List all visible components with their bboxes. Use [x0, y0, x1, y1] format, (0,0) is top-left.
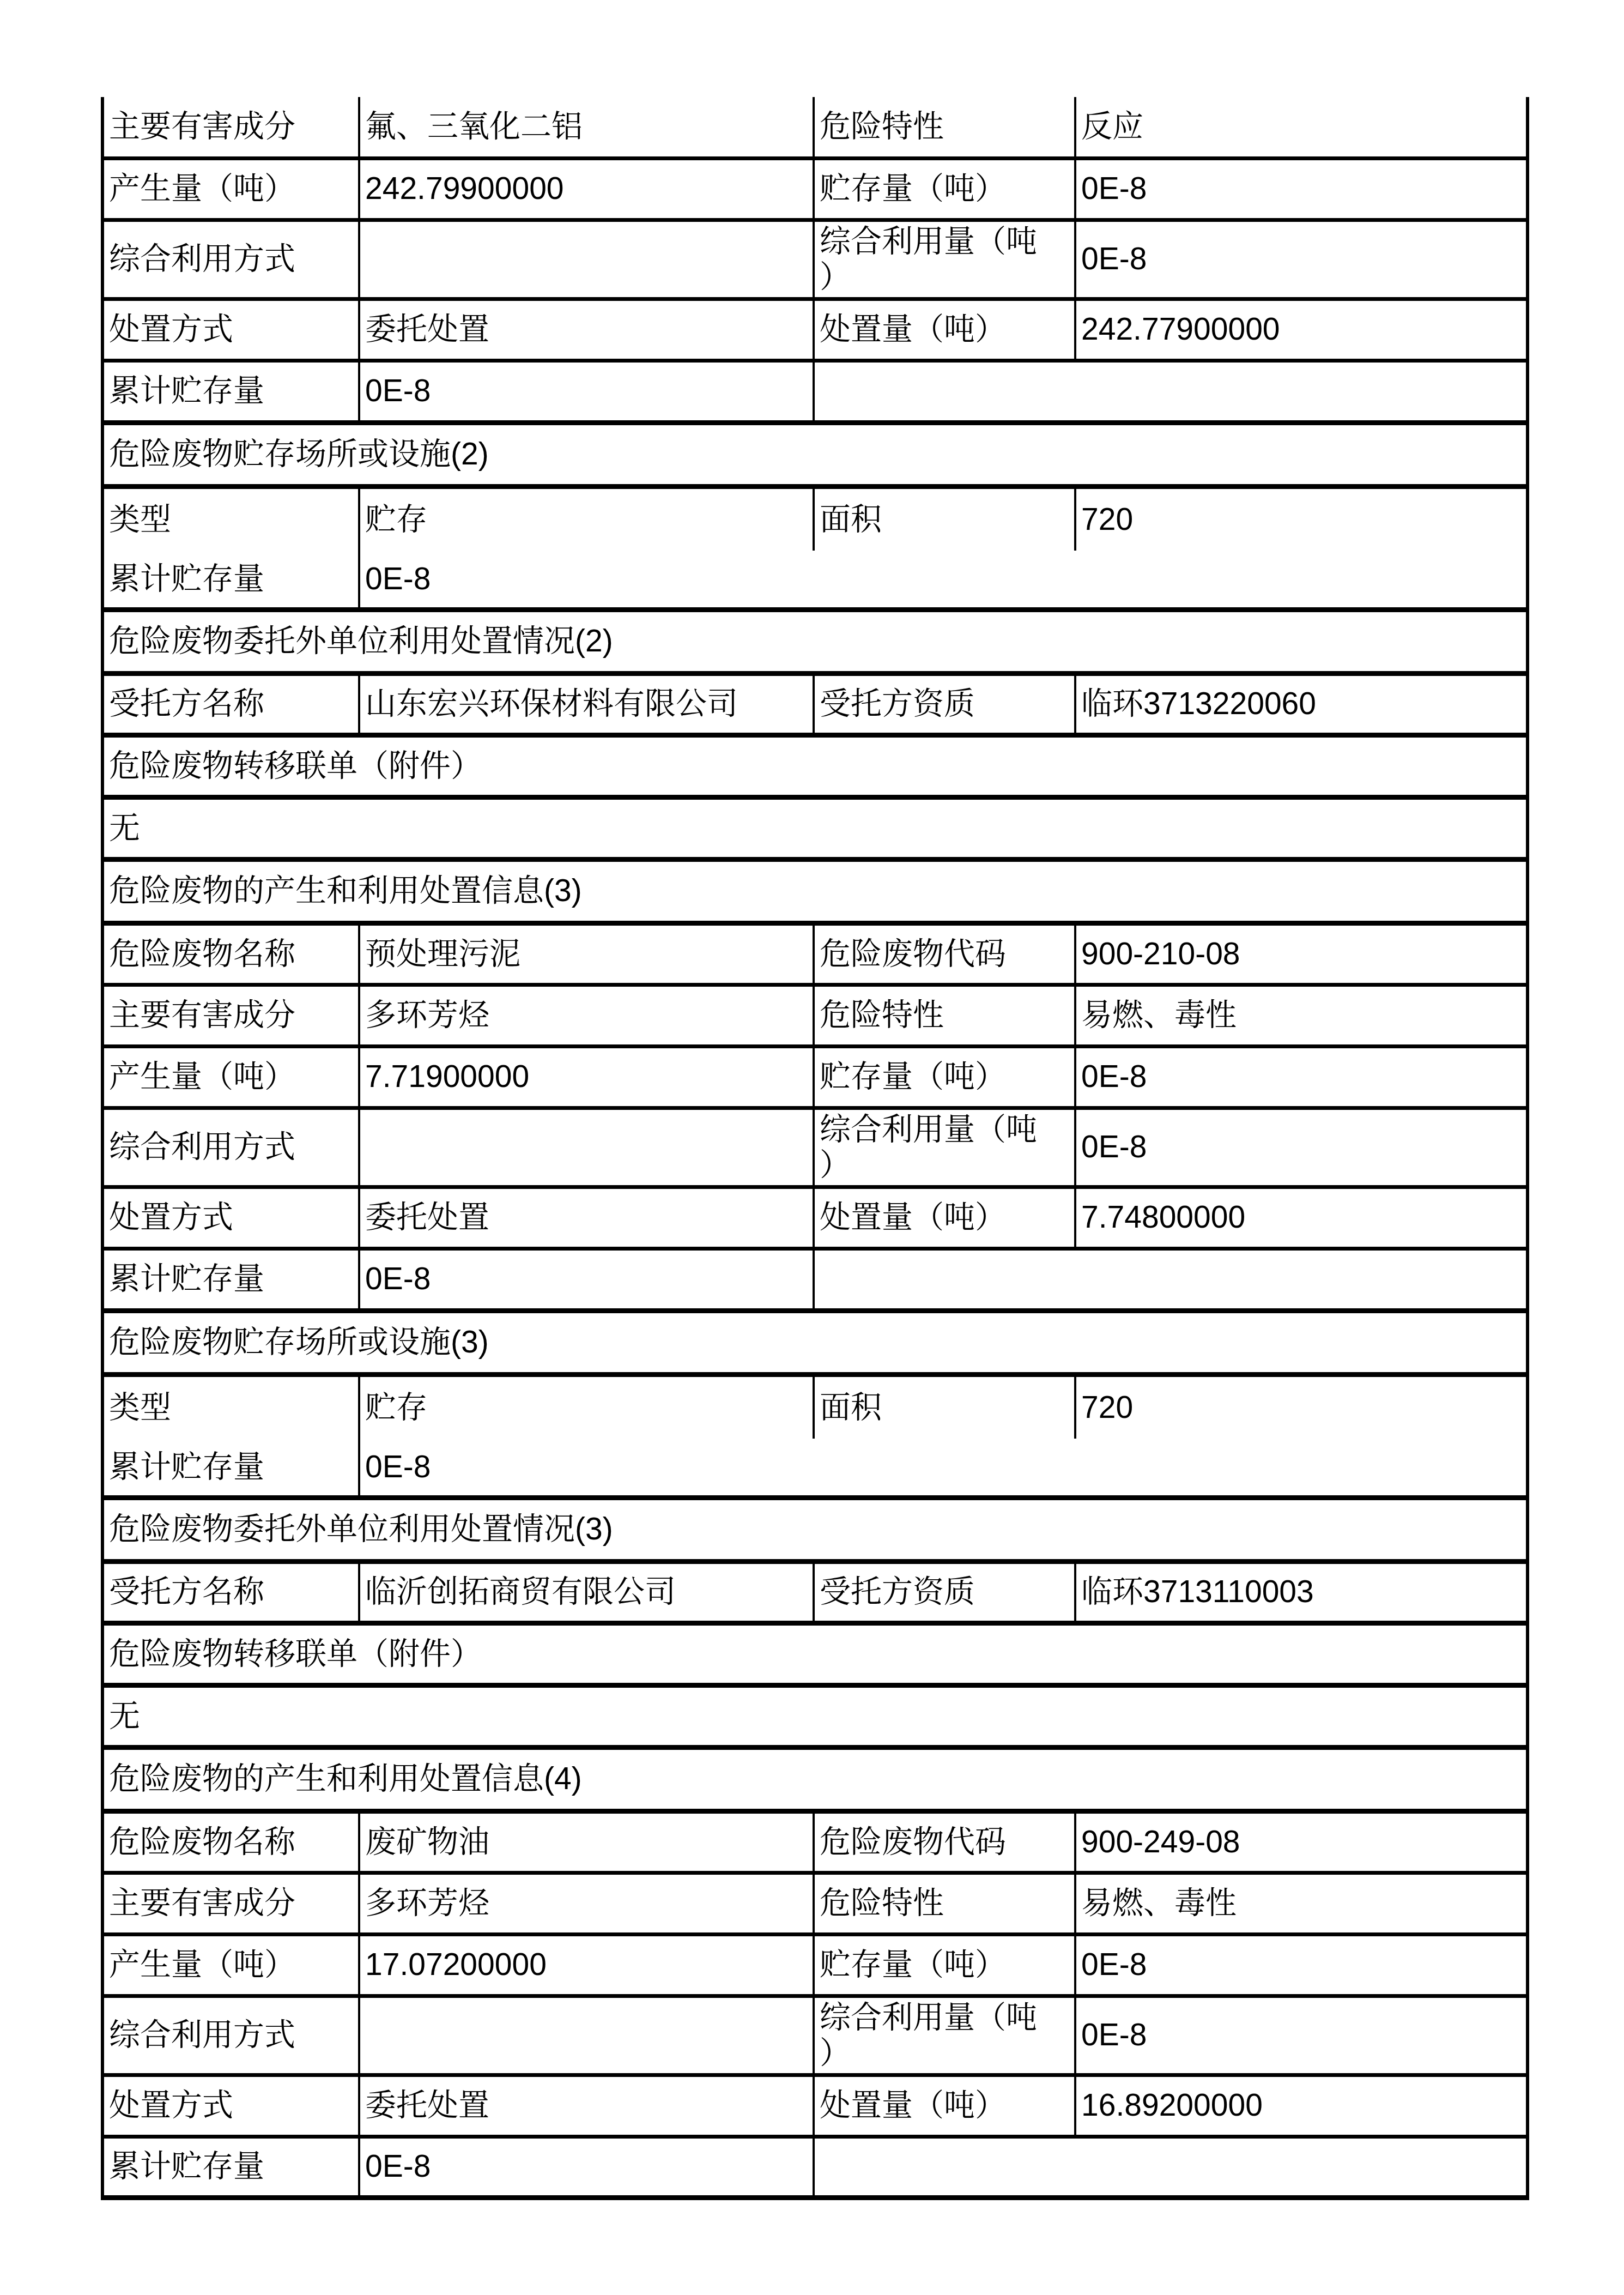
field-value-cell: 贮存 [359, 1374, 814, 1439]
field-value-cell: 900-249-08 [1075, 1811, 1528, 1873]
empty-cell [814, 360, 1528, 422]
table-row: 产生量（吨） 17.07200000 贮存量（吨） 0E-8 [102, 1934, 1528, 1996]
field-value-cell: 委托处置 [359, 1187, 814, 1248]
field-label-cell: 累计贮存量 [102, 551, 359, 609]
table-row: 主要有害成分 氟、三氧化二铝 危险特性 反应 [102, 97, 1528, 158]
field-label-cell: 危险特性 [814, 97, 1075, 158]
field-value-cell: 242.79900000 [359, 158, 814, 220]
table-row: 类型 贮存 面积 720 [102, 1374, 1528, 1439]
field-label-cell: 贮存量（吨） [814, 1934, 1075, 1996]
field-value-cell: 临沂创拓商贸有限公司 [359, 1561, 814, 1623]
empty-cell [814, 1248, 1528, 1310]
field-value-cell: 多环芳烃 [359, 985, 814, 1046]
table-row: 产生量（吨） 7.71900000 贮存量（吨） 0E-8 [102, 1046, 1528, 1108]
section-header-cell: 危险废物贮存场所或设施(3) [102, 1310, 1528, 1374]
field-label-cell: 处置量（吨） [814, 2075, 1075, 2136]
field-value-cell: 900-210-08 [1075, 923, 1528, 985]
table-row: 类型 贮存 面积 720 [102, 486, 1528, 551]
field-label-cell: 危险废物名称 [102, 923, 359, 985]
table-row: 累计贮存量 0E-8 [102, 360, 1528, 422]
section-header-cell: 危险废物转移联单（附件） [102, 735, 1528, 797]
field-label-cell: 产生量（吨） [102, 1934, 359, 1996]
field-label-cell: 产生量（吨） [102, 158, 359, 220]
table-row: 综合利用方式 综合利用量（吨 ） 0E-8 [102, 1108, 1528, 1187]
section-header-row: 危险废物的产生和利用处置信息(4) [102, 1747, 1528, 1811]
field-value-cell: 0E-8 [1075, 1934, 1528, 1996]
table-row: 危险废物名称 预处理污泥 危险废物代码 900-210-08 [102, 923, 1528, 985]
field-value-cell: 16.89200000 [1075, 2075, 1528, 2136]
field-value-cell: 临环3713220060 [1075, 673, 1528, 735]
field-label-cell: 危险废物代码 [814, 923, 1075, 985]
field-value-cell: 7.74800000 [1075, 1187, 1528, 1248]
empty-cell [814, 551, 1528, 609]
field-value-cell [359, 1996, 814, 2075]
field-value-cell: 242.77900000 [1075, 299, 1528, 360]
section-header-row: 无 [102, 1685, 1528, 1747]
section-header-cell: 危险废物的产生和利用处置信息(3) [102, 859, 1528, 923]
section-header-cell: 无 [102, 797, 1528, 859]
document-page: 主要有害成分 氟、三氧化二铝 危险特性 反应 产生量（吨） 242.799000… [0, 0, 1624, 2295]
field-value-cell: 0E-8 [1075, 220, 1528, 299]
field-value-cell: 临环3713110003 [1075, 1561, 1528, 1623]
field-label-cell: 类型 [102, 486, 359, 551]
field-value-cell [359, 220, 814, 299]
section-header-row: 危险废物委托外单位利用处置情况(3) [102, 1497, 1528, 1561]
field-label-cell: 处置量（吨） [814, 1187, 1075, 1248]
field-value-cell: 720 [1075, 486, 1528, 551]
field-label-cell: 受托方名称 [102, 673, 359, 735]
section-header-cell: 危险废物委托外单位利用处置情况(3) [102, 1497, 1528, 1561]
field-label-cell: 综合利用量（吨 ） [814, 1996, 1075, 2075]
table-row: 累计贮存量 0E-8 [102, 2136, 1528, 2197]
field-label-cell: 危险特性 [814, 1873, 1075, 1934]
table-row: 累计贮存量 0E-8 [102, 1439, 1528, 1497]
field-label-cell: 产生量（吨） [102, 1046, 359, 1108]
field-value-cell: 山东宏兴环保材料有限公司 [359, 673, 814, 735]
section-header-cell: 危险废物转移联单（附件） [102, 1623, 1528, 1685]
field-value-cell: 废矿物油 [359, 1811, 814, 1873]
section-header-row: 危险废物转移联单（附件） [102, 1623, 1528, 1685]
field-value-cell: 0E-8 [359, 360, 814, 422]
field-label-cell: 综合利用方式 [102, 1108, 359, 1187]
empty-cell [814, 1439, 1528, 1497]
field-value-cell: 0E-8 [1075, 1996, 1528, 2075]
field-value-cell: 易燃、毒性 [1075, 985, 1528, 1046]
field-label-cell: 主要有害成分 [102, 97, 359, 158]
field-label-cell: 类型 [102, 1374, 359, 1439]
field-label-cell: 综合利用方式 [102, 220, 359, 299]
field-label-cell: 主要有害成分 [102, 1873, 359, 1934]
field-label-cell: 处置方式 [102, 2075, 359, 2136]
section-header-row: 无 [102, 797, 1528, 859]
field-value-cell: 氟、三氧化二铝 [359, 97, 814, 158]
field-label-cell: 主要有害成分 [102, 985, 359, 1046]
field-value-cell [359, 1108, 814, 1187]
field-label-cell: 累计贮存量 [102, 1439, 359, 1497]
field-value-cell: 贮存 [359, 486, 814, 551]
table-row: 危险废物名称 废矿物油 危险废物代码 900-249-08 [102, 1811, 1528, 1873]
table-row: 处置方式 委托处置 处置量（吨） 16.89200000 [102, 2075, 1528, 2136]
field-value-cell: 多环芳烃 [359, 1873, 814, 1934]
section-header-row: 危险废物的产生和利用处置信息(3) [102, 859, 1528, 923]
table-row: 主要有害成分 多环芳烃 危险特性 易燃、毒性 [102, 1873, 1528, 1934]
table-row: 累计贮存量 0E-8 [102, 551, 1528, 609]
section-header-cell: 危险废物贮存场所或设施(2) [102, 422, 1528, 486]
table-row: 受托方名称 临沂创拓商贸有限公司 受托方资质 临环3713110003 [102, 1561, 1528, 1623]
table-row: 综合利用方式 综合利用量（吨 ） 0E-8 [102, 1996, 1528, 2075]
table-row: 主要有害成分 多环芳烃 危险特性 易燃、毒性 [102, 985, 1528, 1046]
field-value-cell: 7.71900000 [359, 1046, 814, 1108]
section-header-row: 危险废物委托外单位利用处置情况(2) [102, 609, 1528, 673]
section-header-cell: 危险废物的产生和利用处置信息(4) [102, 1747, 1528, 1811]
field-label-cell: 综合利用量（吨 ） [814, 1108, 1075, 1187]
field-label-cell: 面积 [814, 486, 1075, 551]
field-label-cell: 危险废物名称 [102, 1811, 359, 1873]
field-value-cell: 委托处置 [359, 299, 814, 360]
field-label-cell: 累计贮存量 [102, 360, 359, 422]
field-label-cell: 处置方式 [102, 299, 359, 360]
field-value-cell: 0E-8 [359, 551, 814, 609]
field-label-cell: 处置量（吨） [814, 299, 1075, 360]
field-value-cell: 0E-8 [1075, 1108, 1528, 1187]
field-value-cell: 委托处置 [359, 2075, 814, 2136]
field-value-cell: 0E-8 [1075, 158, 1528, 220]
field-value-cell: 0E-8 [359, 2136, 814, 2197]
field-label-cell: 危险特性 [814, 985, 1075, 1046]
table-row: 受托方名称 山东宏兴环保材料有限公司 受托方资质 临环3713220060 [102, 673, 1528, 735]
field-value-cell: 720 [1075, 1374, 1528, 1439]
field-label-cell: 贮存量（吨） [814, 158, 1075, 220]
field-label-cell: 面积 [814, 1374, 1075, 1439]
section-header-row: 危险废物转移联单（附件） [102, 735, 1528, 797]
field-value-cell: 反应 [1075, 97, 1528, 158]
field-label-cell: 累计贮存量 [102, 1248, 359, 1310]
field-label-cell: 危险废物代码 [814, 1811, 1075, 1873]
section-header-row: 危险废物贮存场所或设施(3) [102, 1310, 1528, 1374]
field-value-cell: 0E-8 [359, 1439, 814, 1497]
field-value-cell: 17.07200000 [359, 1934, 814, 1996]
field-value-cell: 预处理污泥 [359, 923, 814, 985]
field-label-cell: 受托方资质 [814, 673, 1075, 735]
field-value-cell: 0E-8 [359, 1248, 814, 1310]
section-header-cell: 无 [102, 1685, 1528, 1747]
field-value-cell: 易燃、毒性 [1075, 1873, 1528, 1934]
section-header-cell: 危险废物委托外单位利用处置情况(2) [102, 609, 1528, 673]
field-label-cell: 贮存量（吨） [814, 1046, 1075, 1108]
table-row: 综合利用方式 综合利用量（吨 ） 0E-8 [102, 220, 1528, 299]
field-label-cell: 处置方式 [102, 1187, 359, 1248]
field-value-cell: 0E-8 [1075, 1046, 1528, 1108]
field-label-cell: 综合利用方式 [102, 1996, 359, 2075]
table-row: 处置方式 委托处置 处置量（吨） 242.77900000 [102, 299, 1528, 360]
table-row: 累计贮存量 0E-8 [102, 1248, 1528, 1310]
empty-cell [814, 2136, 1528, 2197]
field-label-cell: 受托方资质 [814, 1561, 1075, 1623]
hazardous-waste-table: 主要有害成分 氟、三氧化二铝 危险特性 反应 产生量（吨） 242.799000… [101, 97, 1529, 2200]
field-label-cell: 综合利用量（吨 ） [814, 220, 1075, 299]
field-label-cell: 累计贮存量 [102, 2136, 359, 2197]
table-row: 处置方式 委托处置 处置量（吨） 7.74800000 [102, 1187, 1528, 1248]
table-row: 产生量（吨） 242.79900000 贮存量（吨） 0E-8 [102, 158, 1528, 220]
field-label-cell: 受托方名称 [102, 1561, 359, 1623]
section-header-row: 危险废物贮存场所或设施(2) [102, 422, 1528, 486]
